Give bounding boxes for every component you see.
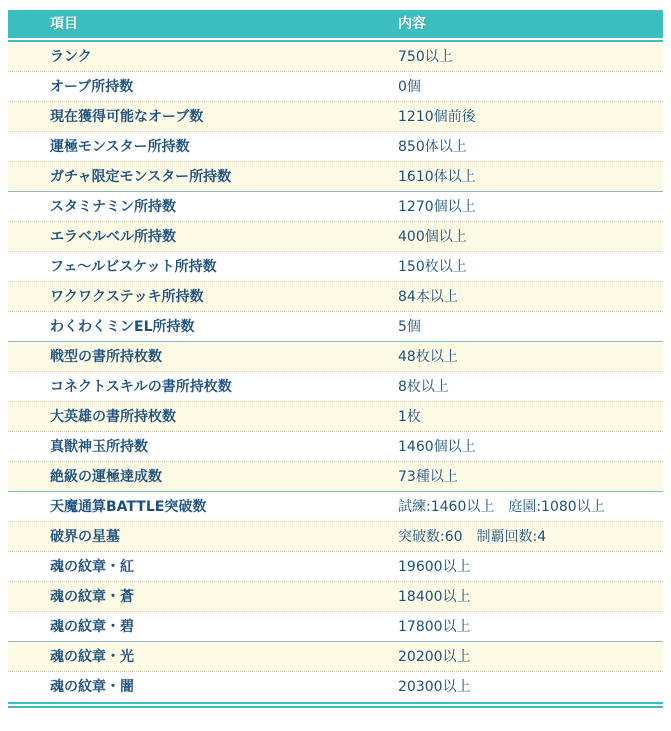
row-value: 17800以上 bbox=[388, 620, 663, 634]
table-row: 大英雄の書所持枚数 1枚 bbox=[8, 402, 663, 432]
row-value: 19600以上 bbox=[388, 560, 663, 574]
table-row: 魂の紋章・光 20200以上 bbox=[8, 642, 663, 672]
row-item-label: エラベルベル所持数 bbox=[8, 230, 388, 244]
row-item-label: 魂の紋章・光 bbox=[8, 650, 388, 664]
table-row: ランク 750以上 bbox=[8, 42, 663, 72]
row-item-label: 破界の星墓 bbox=[8, 530, 388, 544]
status-table: 項目 内容 ランク 750以上 オーブ所持数 0個 現在獲得可能なオーブ数 12… bbox=[8, 10, 663, 708]
row-item-label: オーブ所持数 bbox=[8, 80, 388, 94]
row-item-label: 魂の紋章・紅 bbox=[8, 560, 388, 574]
row-item-label: 大英雄の書所持枚数 bbox=[8, 410, 388, 424]
row-item-label: 戦型の書所持枚数 bbox=[8, 350, 388, 364]
table-body: ランク 750以上 オーブ所持数 0個 現在獲得可能なオーブ数 1210個前後 … bbox=[8, 42, 663, 708]
row-value: 突破数:60 制覇回数:4 bbox=[388, 530, 663, 544]
row-item-label: フェ〜ルビスケット所持数 bbox=[8, 260, 388, 274]
table-row: 真獣神玉所持数 1460個以上 bbox=[8, 432, 663, 462]
row-value: 1460個以上 bbox=[388, 440, 663, 454]
row-value: 150枚以上 bbox=[388, 260, 663, 274]
table-row: 天魔通算BATTLE突破数 試練:1460以上 庭園:1080以上 bbox=[8, 492, 663, 522]
table-row: スタミナミン所持数 1270個以上 bbox=[8, 192, 663, 222]
table-row: 魂の紋章・蒼 18400以上 bbox=[8, 582, 663, 612]
table-row: ワクワクステッキ所持数 84本以上 bbox=[8, 282, 663, 312]
row-item-label: ワクワクステッキ所持数 bbox=[8, 290, 388, 304]
table-row: 破界の星墓 突破数:60 制覇回数:4 bbox=[8, 522, 663, 552]
row-item-label: ランク bbox=[8, 50, 388, 64]
row-value: 18400以上 bbox=[388, 590, 663, 604]
row-value: 1枚 bbox=[388, 410, 663, 424]
row-value: 試練:1460以上 庭園:1080以上 bbox=[388, 500, 663, 514]
row-value: 1610体以上 bbox=[388, 170, 663, 184]
table-header-row: 項目 内容 bbox=[8, 10, 663, 38]
table-row: 現在獲得可能なオーブ数 1210個前後 bbox=[8, 102, 663, 132]
column-header-item: 項目 bbox=[8, 17, 388, 31]
row-item-label: 真獣神玉所持数 bbox=[8, 440, 388, 454]
table-row: コネクトスキルの書所持枚数 8枚以上 bbox=[8, 372, 663, 402]
row-value: 1210個前後 bbox=[388, 110, 663, 124]
column-header-value: 内容 bbox=[388, 17, 663, 31]
row-item-label: 現在獲得可能なオーブ数 bbox=[8, 110, 388, 124]
row-item-label: 絶級の運極達成数 bbox=[8, 470, 388, 484]
row-item-label: 魂の紋章・碧 bbox=[8, 620, 388, 634]
page: 項目 内容 ランク 750以上 オーブ所持数 0個 現在獲得可能なオーブ数 12… bbox=[0, 0, 671, 708]
row-value: 0個 bbox=[388, 80, 663, 94]
row-item-label: 天魔通算BATTLE突破数 bbox=[8, 500, 388, 514]
row-item-label: ガチャ限定モンスター所持数 bbox=[8, 170, 388, 184]
row-value: 73種以上 bbox=[388, 470, 663, 484]
row-item-label: コネクトスキルの書所持枚数 bbox=[8, 380, 388, 394]
table-row: ガチャ限定モンスター所持数 1610体以上 bbox=[8, 162, 663, 192]
row-value: 20300以上 bbox=[388, 680, 663, 694]
row-value: 48枚以上 bbox=[388, 350, 663, 364]
row-value: 850体以上 bbox=[388, 140, 663, 154]
table-row: 絶級の運極達成数 73種以上 bbox=[8, 462, 663, 492]
row-value: 20200以上 bbox=[388, 650, 663, 664]
row-value: 750以上 bbox=[388, 50, 663, 64]
table-row: 戦型の書所持枚数 48枚以上 bbox=[8, 342, 663, 372]
table-row: 魂の紋章・紅 19600以上 bbox=[8, 552, 663, 582]
row-value: 5個 bbox=[388, 320, 663, 334]
row-item-label: 魂の紋章・闇 bbox=[8, 680, 388, 694]
row-value: 8枚以上 bbox=[388, 380, 663, 394]
row-item-label: わくわくミンEL所持数 bbox=[8, 320, 388, 334]
table-row: フェ〜ルビスケット所持数 150枚以上 bbox=[8, 252, 663, 282]
row-item-label: スタミナミン所持数 bbox=[8, 200, 388, 214]
row-value: 400個以上 bbox=[388, 230, 663, 244]
table-row: オーブ所持数 0個 bbox=[8, 72, 663, 102]
row-item-label: 運極モンスター所持数 bbox=[8, 140, 388, 154]
table-row: 魂の紋章・闇 20300以上 bbox=[8, 672, 663, 702]
row-value: 84本以上 bbox=[388, 290, 663, 304]
row-item-label: 魂の紋章・蒼 bbox=[8, 590, 388, 604]
table-row: エラベルベル所持数 400個以上 bbox=[8, 222, 663, 252]
row-value: 1270個以上 bbox=[388, 200, 663, 214]
table-row: わくわくミンEL所持数 5個 bbox=[8, 312, 663, 342]
table-row: 魂の紋章・碧 17800以上 bbox=[8, 612, 663, 642]
table-row: 運極モンスター所持数 850体以上 bbox=[8, 132, 663, 162]
